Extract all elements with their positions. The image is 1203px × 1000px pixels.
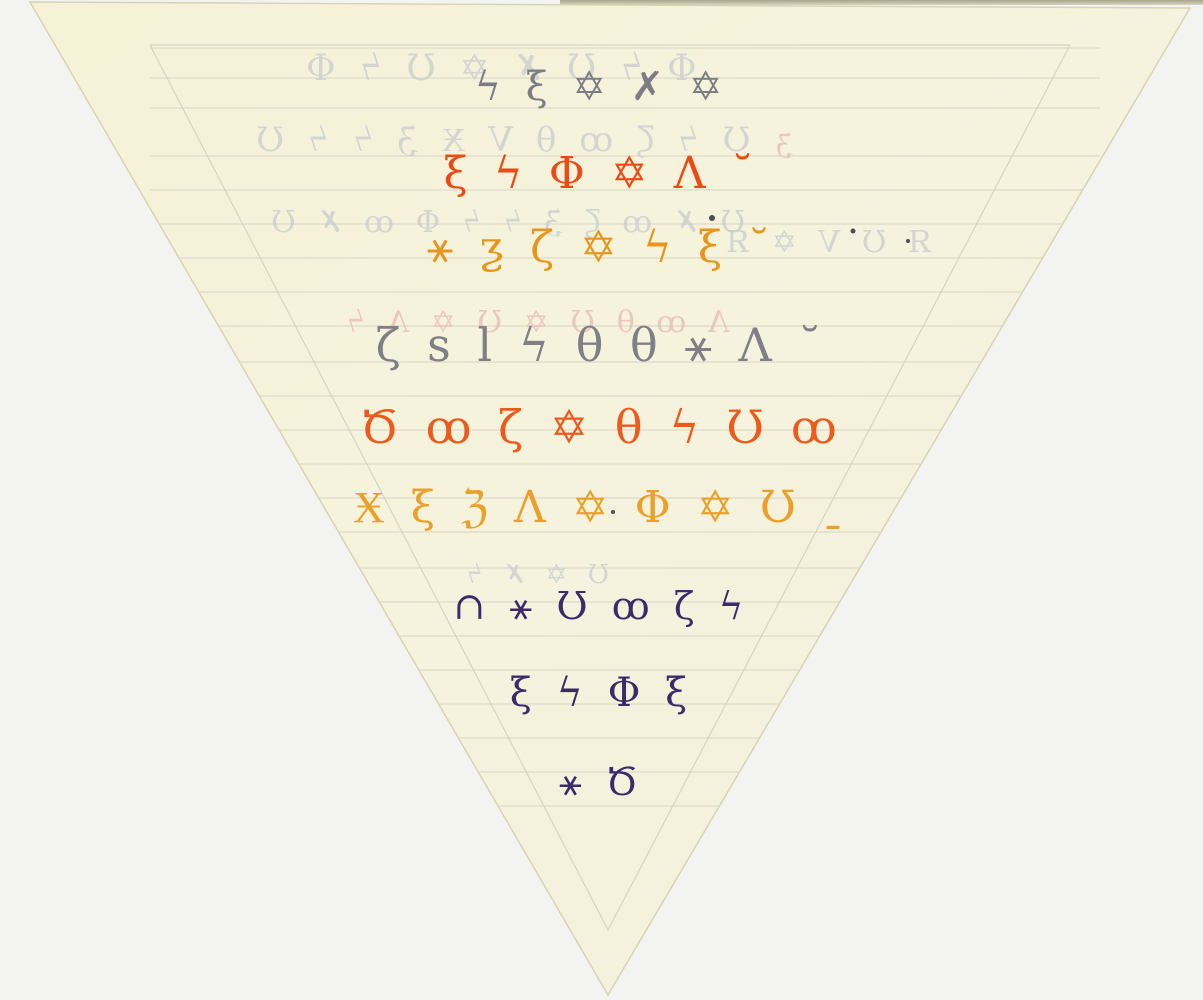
script-line-glyphs: ξ ϟ Φ ✡ Λ ˘ <box>444 148 760 199</box>
script-line-5: Ծ ꝏ ζ ✡ θ ϟ Ʊ ꝏ <box>0 400 1203 454</box>
script-line-9: ⚹ Ծ <box>0 760 1203 805</box>
photo-stage: Φ ϟ Ʊ ✗ ✡ Ʊ ϟ Φ Ʊ ϟ ζ ꝏ θ V Ӿ ℨ ϟ ϟ Ʊ Ʊ … <box>0 0 1203 1000</box>
script-line-glyphs: ϟ ξ ✡ ✗ ✡ <box>475 64 729 110</box>
script-line-glyphs: ⚹ Ծ <box>559 760 644 805</box>
script-line-6: Ӿ ξ ℨ Λ ✡ Φ ✡ Ʊ ˍ <box>0 482 1203 533</box>
script-line-7: ∩ ⚹ Ʊ ꝏ ζ ϟ <box>0 584 1203 629</box>
script-line-1: ϟ ξ ✡ ✗ ✡ <box>0 64 1203 110</box>
script-line-glyphs: ζ s l ϟ θ θ ⚹ Λ ˘ <box>376 318 828 374</box>
script-line-8: ξ ϟ Φ ξ <box>0 670 1203 716</box>
script-line-4: ζ s l ϟ θ θ ⚹ Λ ˘ <box>0 318 1203 374</box>
script-line-glyphs: Ծ ꝏ ζ ✡ θ ϟ Ʊ ꝏ <box>360 400 843 454</box>
script-line-glyphs: ∩ ⚹ Ʊ ꝏ ζ ϟ <box>453 584 749 629</box>
script-line-glyphs: ξ ϟ Φ ξ <box>510 670 693 716</box>
script-line-glyphs: ⚹ ƺ ζ ✡ ϟ ξ ˘ <box>427 222 776 273</box>
script-line-3: ⚹ ƺ ζ ✡ ϟ ξ ˘ <box>0 222 1203 273</box>
script-line-2: ξ ϟ Φ ✡ Λ ˘ <box>0 148 1203 199</box>
script-line-glyphs: Ӿ ξ ℨ Λ ✡ Φ ✡ Ʊ ˍ <box>353 482 850 533</box>
